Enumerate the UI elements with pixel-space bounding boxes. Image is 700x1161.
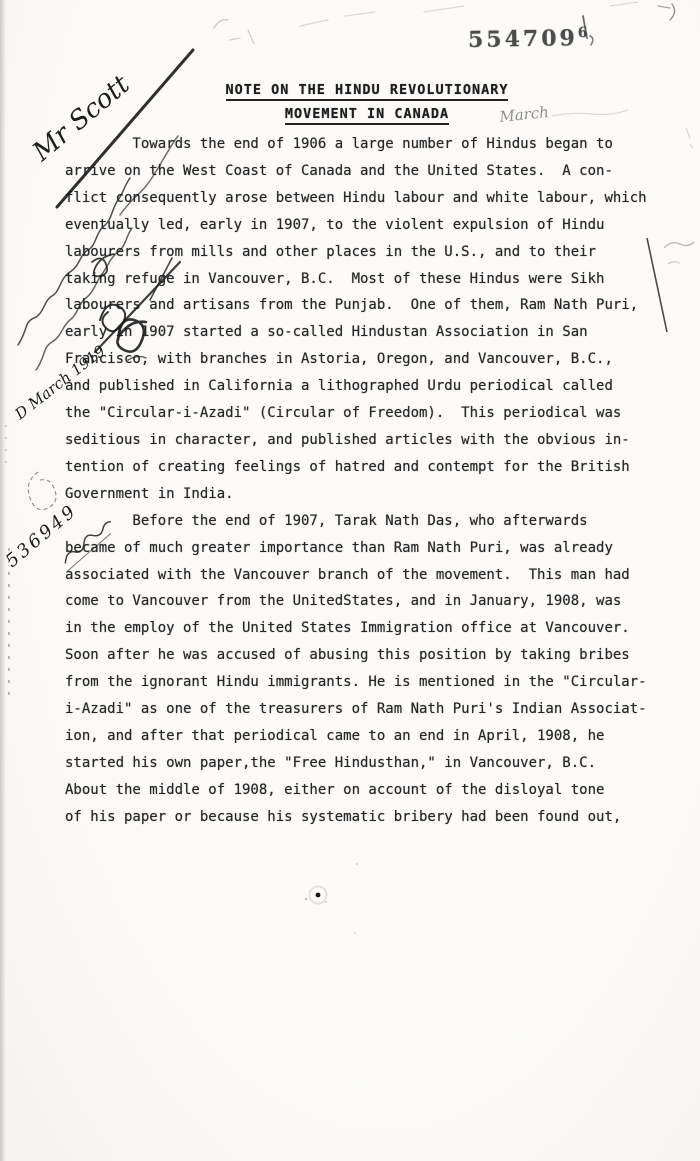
stamp-number: 5547096 <box>468 25 588 53</box>
body-line: Francisco, with branches in Astoria, Ore… <box>65 346 665 373</box>
body-line: ion, and after that periodical came to a… <box>65 723 665 750</box>
body-line: taking refuge in Vancouver, B.C. Most of… <box>65 266 665 293</box>
binding-dash-marks <box>6 425 9 702</box>
body-line: early in 1907 started a so-called Hindus… <box>65 319 665 346</box>
body-line: arrive on the West Coast of Canada and t… <box>65 158 665 185</box>
body-line: became of much greater importance than R… <box>65 535 665 562</box>
pen-tick-above-stamp <box>583 4 675 45</box>
body-line: seditious in character, and published ar… <box>65 427 665 454</box>
body-line: from the ignorant Hindu immigrants. He i… <box>65 669 665 696</box>
loop-doodle <box>28 472 56 510</box>
body-line: About the middle of 1908, either on acco… <box>65 777 665 804</box>
scanned-document-page: 5547096 NOTE ON THE HINDU REVOLUTIONARY … <box>0 0 700 1161</box>
body-line: tention of creating feelings of hatred a… <box>65 454 665 481</box>
body-line: eventually led, early in 1907, to the vi… <box>65 212 665 239</box>
title-line-2: MOVEMENT IN CANADA <box>285 106 449 125</box>
body-line: labourers and artisans from the Punjab. … <box>65 292 665 319</box>
body-line: come to Vancouver from the UnitedStates,… <box>65 588 665 615</box>
body-line: i-Azadi" as one of the treasurers of Ram… <box>65 696 665 723</box>
body-line: the "Circular-i-Azadi" (Circular of Free… <box>65 400 665 427</box>
body-line: of his paper or because his systematic b… <box>65 804 665 831</box>
body-line: Government in India. <box>65 481 665 508</box>
stamp-superscript: 6 <box>578 25 588 41</box>
body-line: associated with the Vancouver branch of … <box>65 562 665 589</box>
scan-edge-shadow <box>0 0 6 1161</box>
body-line: Towards the end of 1906 a large number o… <box>65 131 665 158</box>
body-line: Soon after he was accused of abusing thi… <box>65 642 665 669</box>
stamp-number-digits: 554709 <box>468 25 578 53</box>
ink-blot <box>305 863 358 934</box>
document-title: NOTE ON THE HINDU REVOLUTIONARY MOVEMENT… <box>0 79 700 127</box>
body-line: in the employ of the United States Immig… <box>65 615 665 642</box>
body-line: started his own paper,the "Free Hindusth… <box>65 750 665 777</box>
title-line-1: NOTE ON THE HINDU REVOLUTIONARY <box>226 82 509 101</box>
body-line: Before the end of 1907, Tarak Nath Das, … <box>65 508 665 535</box>
body-text: Towards the end of 1906 a large number o… <box>65 131 665 831</box>
body-line: flict consequently arose between Hindu l… <box>65 185 665 212</box>
body-line: and published in California a lithograph… <box>65 373 665 400</box>
body-line: labourers from mills and other places in… <box>65 239 665 266</box>
